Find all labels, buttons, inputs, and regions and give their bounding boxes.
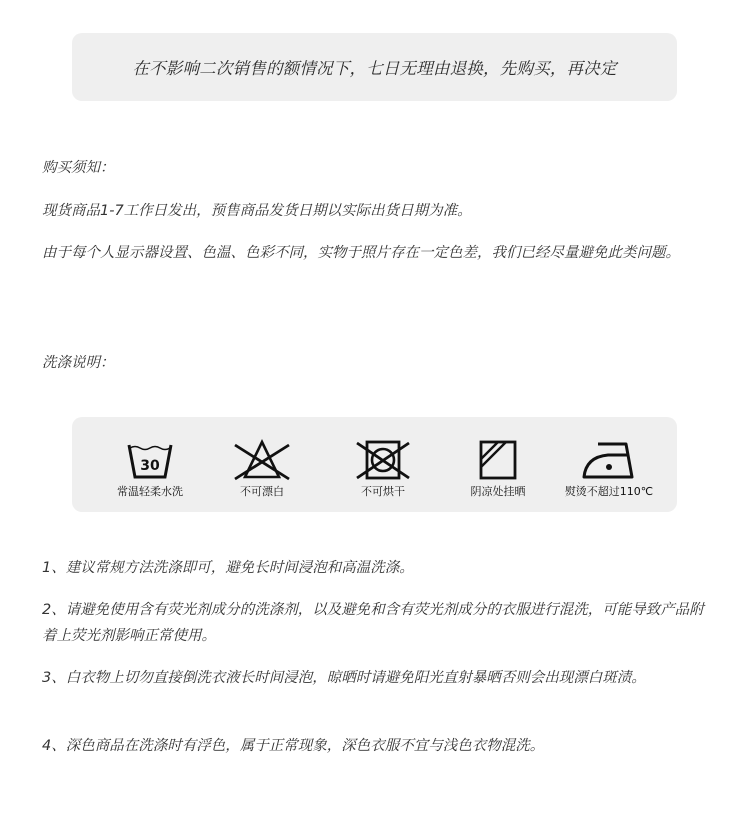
care-item-no-bleach: 不可漂白 [202,417,322,512]
no-bleach-icon [227,439,297,481]
purchase-notice-paragraph-1: 现货商品1-7工作日发出，预售商品发货日期以实际出货日期为准。 [42,198,712,224]
purchase-notice-heading: 购买须知： [42,155,712,181]
care-symbols-panel: 30 常温轻柔水洗 不可漂白 不可烘干 [72,417,677,512]
care-label-no-tumble-dry: 不可烘干 [323,483,443,499]
iron-low-icon [574,439,644,481]
return-policy-banner: 在不影响二次销售的额情况下，七日无理由退换，先购买，再决定 [72,33,677,101]
washing-heading: 洗涤说明： [42,350,712,376]
care-item-no-tumble-dry: 不可烘干 [323,417,443,512]
care-item-wash: 30 常温轻柔水洗 [90,417,210,512]
washing-instruction-1: 1、建议常规方法洗涤即可，避免长时间浸泡和高温洗涤。 [42,555,712,581]
washing-instruction-3: 3、白衣物上切勿直接倒洗衣液长时间浸泡，晾晒时请避免阳光直射暴晒否则会出现漂白斑… [42,665,712,691]
care-item-dry-in-shade: 阴凉处挂晒 [438,417,558,512]
washing-instruction-2: 2、请避免使用含有荧光剂成分的洗涤剂，以及避免和含有荧光剂成分的衣服进行混洗，可… [42,597,712,649]
care-item-iron: 熨烫不超过110℃ [549,417,669,512]
care-label-wash: 常温轻柔水洗 [90,483,210,499]
care-label-dry-in-shade: 阴凉处挂晒 [438,483,558,499]
no-tumble-dry-icon [348,439,418,481]
svg-text:30: 30 [140,458,160,474]
care-label-iron: 熨烫不超过110℃ [549,483,669,499]
care-label-no-bleach: 不可漂白 [202,483,322,499]
washing-instruction-4: 4、深色商品在洗涤时有浮色，属于正常现象，深色衣服不宜与浅色衣物混洗。 [42,733,712,759]
return-policy-text: 在不影响二次销售的额情况下，七日无理由退换，先购买，再决定 [132,55,616,79]
purchase-notice-paragraph-2: 由于每个人显示器设置、色温、色彩不同，实物于照片存在一定色差，我们已经尽量避免此… [42,240,712,266]
dry-in-shade-icon [463,439,533,481]
wash-30-icon: 30 [115,439,185,481]
